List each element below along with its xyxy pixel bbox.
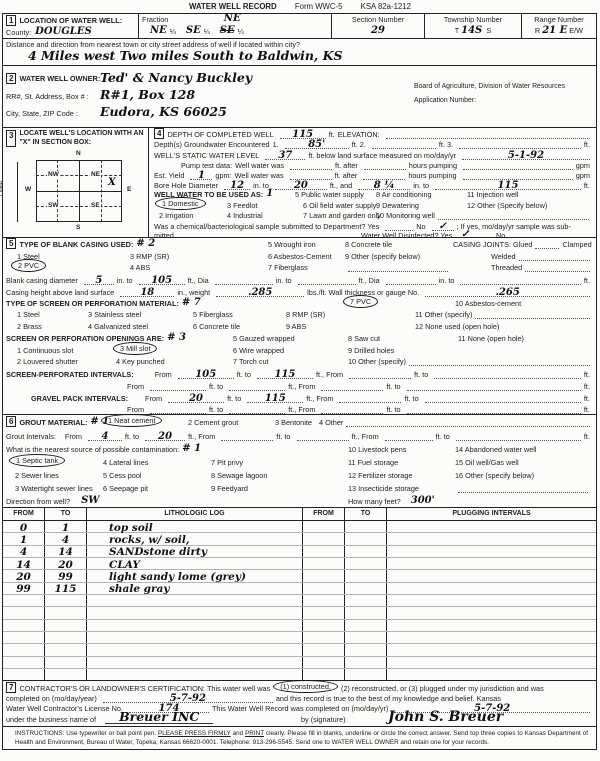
cell-empty [387, 595, 596, 606]
section-4-badge: 4 [154, 128, 164, 139]
screen-title: TYPE OF SCREEN OR PERFORATION MATERIAL: [6, 299, 179, 308]
cell-to: 14 [45, 546, 87, 557]
city-value: Eudora, KS 66025 [100, 106, 227, 119]
cell-plug-to [345, 533, 387, 544]
spi-to: 115 [275, 370, 296, 380]
address-row: RR#, St. Address, Box # : R#1, Box 128 [6, 84, 411, 101]
screen-option-1: 1 Steel [17, 310, 40, 319]
ft-label: ft. [584, 140, 590, 149]
direction-row: Direction from well?SW How many feet?300… [3, 494, 596, 507]
casing-option-6: 6 Asbestos-Cement [268, 252, 332, 261]
ft-to: ft. to [386, 405, 400, 414]
feet-value: 300' [411, 496, 435, 506]
gpi-from: 20 [189, 394, 203, 404]
diameter-label: Blank casing diameter [6, 276, 78, 285]
openings-option-3-circled: 3 Mill slot [113, 342, 157, 355]
contam-option-1-circled: 1 Septic tank [9, 454, 65, 467]
range-r: R [535, 26, 540, 35]
from-label: From [65, 432, 82, 441]
no-label: No [416, 222, 425, 231]
section-number-value: 29 [335, 26, 421, 36]
contam-option-6: 6 Seepage pit [103, 484, 148, 493]
table-row: 20 99 light sandy lome (grey) [3, 570, 596, 582]
lith-value: shale gray [109, 584, 169, 595]
casing-height-line: Casing height above land surface 18 in.,… [3, 285, 596, 297]
compass-east: E [127, 186, 131, 193]
use-option-1-circled: 1 Domestic [155, 197, 206, 210]
owner-title: WATER WELL OWNER: [19, 74, 100, 83]
use-option-7: 7 Lawn and garden only [303, 211, 381, 220]
cell-plug-to [345, 546, 387, 557]
clamped-label: Clamped [562, 240, 591, 249]
table-row: 14 20 CLAY [3, 558, 596, 570]
cell-to: 20 [45, 558, 87, 569]
grout-other-fill [346, 419, 590, 427]
screen-option-11-wrap: 11 Other (specify) [415, 310, 593, 319]
openings-option-7: 7 Torch cut [233, 357, 269, 366]
cell-empty [303, 657, 345, 668]
gpi-to: 115 [265, 394, 286, 404]
quadrant-se: SE [90, 202, 101, 209]
city-row: City, State, ZIP Code : Eudora, KS 66025 [6, 101, 411, 118]
section-number-label: Section Number [352, 15, 404, 24]
contam-option-7: 7 Pit privy [211, 458, 243, 467]
cell-plug-from [303, 533, 345, 544]
ft-and: ft., and [330, 181, 352, 190]
ft-from: ft., From [316, 370, 343, 379]
instructions-block: INSTRUCTIONS: Use typewriter or ball poi… [3, 726, 596, 749]
spi-b3 [321, 383, 383, 391]
cell-empty [387, 607, 596, 618]
instructions-text: and [231, 730, 245, 737]
cell-empty [387, 669, 596, 680]
elevation-fill [386, 131, 590, 139]
in-to: in. to [117, 276, 133, 285]
spi-from: 105 [195, 370, 216, 380]
openings-value: # 3 [167, 333, 186, 343]
casing-option-9: 9 Other (specify below) [345, 252, 420, 261]
mile-scale-label: 1 Mile [0, 181, 5, 197]
cell-from: 14 [3, 558, 45, 569]
glued-fill [535, 241, 559, 249]
openings-option-11: 11 None (open hole) [458, 334, 524, 343]
contam-option-2: 2 Sewer lines [15, 471, 59, 480]
from-value: 20 [16, 572, 31, 583]
spi-to-fill: 115 [257, 371, 313, 379]
screen-option-2: 2 Brass [17, 322, 42, 331]
use-options-row-2: 1 Domestic 3 Feedlot 6 Oil field water s… [151, 200, 596, 210]
contamination-row-3: 2 Sewer lines 5 Cess pool 8 Sewage lagoo… [3, 468, 596, 481]
cell-empty [387, 644, 596, 655]
constructed-circled: (1) constructed, [273, 680, 338, 693]
form-header: WATER WELL RECORD Form WWC-5 KSA 82a-121… [0, 0, 600, 11]
grout-intervals-line: Grout Intervals: From 4 ft. to 20 ft., F… [3, 428, 596, 441]
yield-fill-4 [463, 172, 573, 180]
col-header-to: TO [45, 508, 87, 520]
screen-intervals-line-2: From ft. to ft., From ft. to ft. [3, 379, 596, 391]
to-value: 14 [58, 547, 73, 558]
diam-value: 5 [95, 276, 102, 286]
cell-plug [387, 521, 596, 532]
yield-fill-2 [290, 172, 332, 180]
diam-ft-fill: 105 [139, 277, 185, 285]
height-fill: 18 [120, 289, 174, 297]
gi-to-fill: 20 [145, 433, 185, 441]
from-value: 99 [16, 584, 31, 595]
quadrant-nw: NW [47, 171, 60, 178]
wall-fill: .265 [425, 289, 590, 297]
bore-d2-fill: 8 ¼ [358, 182, 410, 190]
gravel-line-2: From ft. to ft., From ft. to ft. [3, 403, 596, 415]
gw-1: 1. [273, 140, 279, 149]
spi-from-fill: 105 [178, 371, 234, 379]
ft-to: ft. to [237, 370, 251, 379]
cell-from: 99 [3, 583, 45, 594]
cell-plug-to [345, 521, 387, 532]
contam-option-4: 4 Lateral lines [103, 458, 148, 467]
cell-plug-from [303, 570, 345, 581]
dia2-fill [215, 277, 273, 285]
compass-north: N [76, 150, 81, 157]
screen-option-8: 8 RMP (SR) [286, 310, 325, 319]
openings-other-fill [409, 358, 590, 366]
gravel-label: GRAVEL PACK INTERVALS: [31, 394, 128, 403]
screen-option-10: 10 Asbestos-cement [455, 299, 521, 308]
section-5-casing: 5TYPE OF BLANK CASING USED:# 2 5 Wrought… [3, 238, 596, 415]
county-cell: 1LOCATION OF WATER WELL: County:DOUGLES [3, 14, 139, 38]
cell-empty [387, 620, 596, 631]
ft-to: ft. to [436, 432, 450, 441]
quarter-2: ¼ [204, 27, 210, 36]
city-label: City, State, ZIP Code : [6, 109, 100, 118]
cell-empty [345, 657, 387, 668]
table-row-empty [3, 595, 596, 607]
water-well-record-scan: WATER WELL RECORD Form WWC-5 KSA 82a-121… [0, 0, 600, 761]
ft-from: ft., From [306, 394, 333, 403]
bore-ft2-fill: 115 [435, 182, 581, 190]
ft-from: ft., From [188, 432, 215, 441]
fraction-3-wrap: SE NE [220, 26, 235, 36]
casing-options-row-3: 2 PVC 4 ABS 7 Fiberglass Threaded [3, 262, 596, 274]
ft-to: ft. to [386, 382, 400, 391]
gpi-to-fill: 115 [247, 395, 303, 403]
fraction-2: SE [186, 26, 201, 36]
gi-b1 [221, 433, 273, 441]
gpi-from-fill: 20 [168, 395, 224, 403]
cell-empty [387, 657, 596, 668]
cell-plug-from [303, 583, 345, 594]
gravel-line-1: GRAVEL PACK INTERVALS: From 20 ft. to 11… [3, 391, 596, 403]
use-option-12: 12 Other (Specify below) [467, 201, 547, 210]
township-t: T [455, 26, 459, 35]
distance-value: 4 Miles west Two miles South to Baldwin,… [28, 48, 343, 63]
diam-fill: 5 [84, 277, 114, 285]
cell-lith: light sandy lome (grey) [87, 570, 303, 581]
static-date: 5-1-92 [508, 151, 544, 161]
cell-empty [303, 620, 345, 631]
cell-plug-from [303, 558, 345, 569]
cell-empty [3, 644, 45, 655]
county-value: DOUGLES [35, 27, 92, 37]
contamination-value: # 1 [182, 444, 201, 454]
fraction-3-struck: SE [220, 25, 235, 36]
cert-line-2: completed on (mo/day/year) 5-7-92 and th… [3, 693, 596, 703]
screen-other-fill [475, 311, 590, 319]
cell-from: 0 [3, 521, 45, 532]
ft-after: ft. after [335, 171, 358, 180]
agency-block: Board of Agriculture, Division of Water … [414, 66, 596, 127]
groundwater-line: Depth(s) Groundwater Encountered 1. 85' … [151, 139, 596, 149]
static-value: 37 [278, 151, 292, 161]
from-label: From [145, 394, 162, 403]
lith-value: SANDstone dirty [109, 547, 207, 558]
section-number-cell: Section Number 29 [332, 14, 425, 38]
contam-option-15: 15 Oil well/Gas well [455, 458, 519, 467]
dia2-ft-fill [298, 277, 356, 285]
section-1-location: 1LOCATION OF WATER WELL: County:DOUGLES … [3, 14, 596, 39]
spi-b4 [407, 383, 581, 391]
screen-option-3: 3 Stainless steel [88, 310, 141, 319]
table-header-row: FROM TO LITHOLOGIC LOG FROM TO PLUGGING … [3, 508, 596, 521]
lith-value: top soil [109, 523, 153, 534]
cell-empty [345, 644, 387, 655]
grout-option-1-circled: 1 Neat cement [101, 414, 162, 427]
cell-empty [345, 620, 387, 631]
bore-ft1-fill: 20 [275, 182, 327, 190]
grout-option-3: 3 Bentonite [275, 418, 312, 427]
cell-empty [303, 607, 345, 618]
use-option-4: 4 Industrial [227, 211, 263, 220]
hours-pumping: hours pumping [409, 161, 457, 170]
township-value: 14S [461, 25, 482, 36]
grout-title-row: 6GROUT MATERIAL:# 1 1 Neat cement 2 Ceme… [3, 415, 596, 428]
business-value: Breuer INC [105, 711, 213, 725]
cell-plug-from [303, 546, 345, 557]
location-title: LOCATION OF WATER WELL: [19, 16, 122, 25]
ft-label: ft. [584, 370, 590, 379]
table-row: 0 1 top soil [3, 521, 596, 533]
ft-from: ft., From [288, 382, 315, 391]
cell-plug-to [345, 558, 387, 569]
contam-other-fill [458, 485, 588, 493]
dia3-ft-fill [460, 277, 580, 285]
gpm-label: gpm [576, 171, 590, 180]
from-value: 14 [16, 560, 31, 571]
screen-intervals-line-1: SCREEN-PERFORATED INTERVALS: From 105 ft… [3, 367, 596, 379]
static-fill: 37 [265, 152, 305, 160]
static-tail: ft. below land surface measured on mo/da… [308, 151, 456, 160]
yield-fill-3 [363, 172, 405, 180]
grout-intervals-label: Grout Intervals: [6, 432, 56, 441]
completed2-label: This Water Well Record was completed on … [212, 704, 388, 713]
cell-to: 99 [45, 570, 87, 581]
fraction-cell: Fraction NE¼ SE¼ SE NE ¼ [139, 14, 332, 38]
cell-empty [3, 620, 45, 631]
cell-plug-from [303, 521, 345, 532]
use-value: 1 [266, 189, 273, 199]
fraction-label: Fraction [142, 15, 168, 24]
grout-option-2: 2 Cement grout [188, 418, 238, 427]
completed-label: completed on (mo/day/year) [6, 694, 97, 703]
application-number-label: Application Number: [414, 96, 596, 105]
gi-b3 [385, 433, 433, 441]
contam-option-11: 11 Fuel storage [348, 458, 398, 467]
threaded-label: Threaded [491, 263, 522, 272]
screen-option-6: 6 Concrete tile [193, 322, 240, 331]
cell-empty [45, 644, 87, 655]
col-header-from: FROM [3, 508, 45, 520]
table-row: 4 14 SANDstone dirty [3, 546, 596, 558]
gpm-colon: gpm: [215, 171, 231, 180]
cell-plug [387, 583, 596, 594]
cell-empty [345, 632, 387, 643]
use-option-10: 10 Monitoring well [376, 211, 435, 220]
signature-value: John S. Breuer [388, 710, 503, 724]
mile-scale-line [17, 162, 18, 222]
form-ksa: KSA 82a-1212 [361, 2, 411, 11]
screen-option-7-circled: 7 PVC [343, 295, 378, 308]
welded-wrap: Welded [491, 252, 593, 261]
cell-from: 20 [3, 570, 45, 581]
lith-value: CLAY [109, 560, 140, 571]
township-label: Township Number [444, 15, 502, 24]
cell-empty [303, 632, 345, 643]
ft-label: ft. [584, 181, 590, 190]
groundwater-label: Depth(s) Groundwater Encountered [154, 140, 270, 149]
cell-empty [345, 607, 387, 618]
depth-fill: 115 [280, 131, 326, 139]
cell-from: 1 [3, 533, 45, 544]
cell-plug [387, 533, 596, 544]
quadrant-sw: SW [47, 202, 59, 209]
cell-empty [3, 595, 45, 606]
gw1-fill: 85' [285, 141, 349, 149]
cell-empty [45, 620, 87, 631]
pump-fill-1 [290, 162, 332, 170]
quadrant-ne: NE [90, 171, 101, 178]
cell-empty [303, 644, 345, 655]
weight-fill: .285 [216, 289, 304, 297]
col-header-from-2: FROM [303, 508, 345, 520]
use-option-5: 5 Public water supply [295, 190, 364, 199]
address-label: RR#, St. Address, Box # : [6, 92, 100, 101]
instructions-text: INSTRUCTIONS: Use typewriter or ball poi… [15, 730, 158, 737]
gpi-from2-fill [339, 395, 401, 403]
screen-intervals-label: SCREEN-PERFORATED INTERVALS: [6, 370, 134, 379]
cell-plug-to [345, 570, 387, 581]
cell-empty [345, 669, 387, 680]
cell-empty [87, 632, 303, 643]
to-value: 99 [58, 572, 73, 583]
welded-label: Welded [491, 252, 516, 261]
in-to: in. to [413, 181, 429, 190]
date1-fill: 5-7-92 [103, 695, 273, 703]
from-label: From [127, 405, 144, 414]
cell-empty [45, 657, 87, 668]
contam-option-16: 16 Other (specify below) [455, 471, 534, 480]
cell-empty [45, 632, 87, 643]
section-3-locate: 3LOCATE WELL'S LOCATION WITH AN "X" IN S… [3, 128, 149, 237]
cell-empty [303, 595, 345, 606]
gi-from-fill: 4 [88, 433, 122, 441]
owner-row: 2WATER WELL OWNER: Ted' & Nancy Buckley [6, 67, 411, 84]
gpm-label: gpm [576, 161, 590, 170]
gw1-value: 85' [308, 140, 325, 150]
screen-value: # 7 [182, 298, 201, 308]
screen-option-9: 9 ABS [286, 322, 306, 331]
cell-lith: SANDstone dirty [87, 546, 303, 557]
business-label: under the business name of [6, 715, 96, 724]
section-7-badge: 7 [6, 682, 16, 693]
ft-label: ft. [584, 405, 590, 414]
range-ew: E/W [569, 26, 583, 35]
screen-option-12: 12 None used (open hole) [415, 322, 499, 331]
casing-joints-label: CASING JOINTS: Glued [453, 240, 532, 249]
use-options-row-3: 2 Irrigation 4 Industrial 7 Lawn and gar… [151, 211, 596, 221]
openings-option-2: 2 Louvered shutter [17, 357, 78, 366]
use-header-line: WELL WATER TO BE USED AS:1 5 Public wate… [151, 190, 596, 200]
section-2-badge: 2 [6, 73, 16, 84]
center-line-horizontal [36, 191, 122, 192]
cell-to: 4 [45, 533, 87, 544]
casing-option-8: 8 Concrete tile [345, 240, 392, 249]
contam-option-8: 8 Sewage lagoon [211, 471, 267, 480]
section-box-diagram: N S W E 1 Mile NW NE SW SE [6, 150, 146, 238]
feet-wrap: How many feet?300' [348, 496, 435, 506]
section-5-badge: 5 [6, 238, 16, 249]
grout-option-4: 4 Other [319, 418, 343, 427]
gpi-b2 [229, 406, 285, 414]
col-header-lithologic-log: LITHOLOGIC LOG [87, 508, 303, 520]
in-to: in. to [276, 276, 292, 285]
to-value: 4 [62, 535, 69, 546]
openings-option-10: 10 Other (specify) [348, 357, 406, 366]
compass-south: S [76, 224, 80, 231]
dia3-fill [386, 277, 436, 285]
range-cell: Range Number R 21 E E/W [522, 14, 596, 38]
cell-empty [3, 607, 45, 618]
lithologic-table: FROM TO LITHOLOGIC LOG FROM TO PLUGGING … [3, 508, 596, 681]
openings-option-10-wrap: 10 Other (specify) [348, 357, 593, 366]
cert-line-1: 7 CONTRACTOR'S OR LANDOWNER'S CERTIFICAT… [3, 682, 596, 692]
feet-label: How many feet? [348, 497, 401, 506]
weight-label: in., weight [177, 288, 210, 297]
direction-value: SW [81, 496, 99, 506]
section-2-owner: 2WATER WELL OWNER: Ted' & Nancy Buckley … [3, 66, 596, 128]
static-level-line: WELL'S STATIC WATER LEVEL 37 ft. below l… [151, 149, 596, 159]
welded-fill [519, 253, 590, 261]
openings-option-4: 4 Key punched [116, 357, 165, 366]
gpi-b3 [321, 406, 383, 414]
table-row: 99 115 shale gray [3, 583, 596, 595]
threaded-fill [525, 264, 590, 272]
hours-pumping: hours pumping [408, 171, 456, 180]
section-3-4: 3LOCATE WELL'S LOCATION WITH AN "X" IN S… [3, 128, 596, 238]
cell-lith: shale gray [87, 583, 303, 594]
casing-option-3: 3 RMP (SR) [130, 252, 169, 261]
lith-value: rocks, w/ soil, [109, 535, 190, 546]
distance-row: Distance and direction from nearest town… [3, 39, 596, 66]
address-value: R#1, Box 128 [100, 89, 195, 102]
section-4-well-data: 4 DEPTH OF COMPLETED WELL 115 ft. ELEVAT… [149, 128, 596, 237]
cell-empty [387, 632, 596, 643]
openings-row-2: 1 Continuous slot 3 Mill slot 6 Wire wra… [3, 344, 596, 356]
cell-empty [3, 632, 45, 643]
gi-b2 [297, 433, 349, 441]
instructions-underline-2: PRINT [245, 730, 264, 737]
in-to: in. to [439, 276, 455, 285]
instructions-underline-1: PLEASE PRESS FIRMLY [158, 730, 231, 737]
